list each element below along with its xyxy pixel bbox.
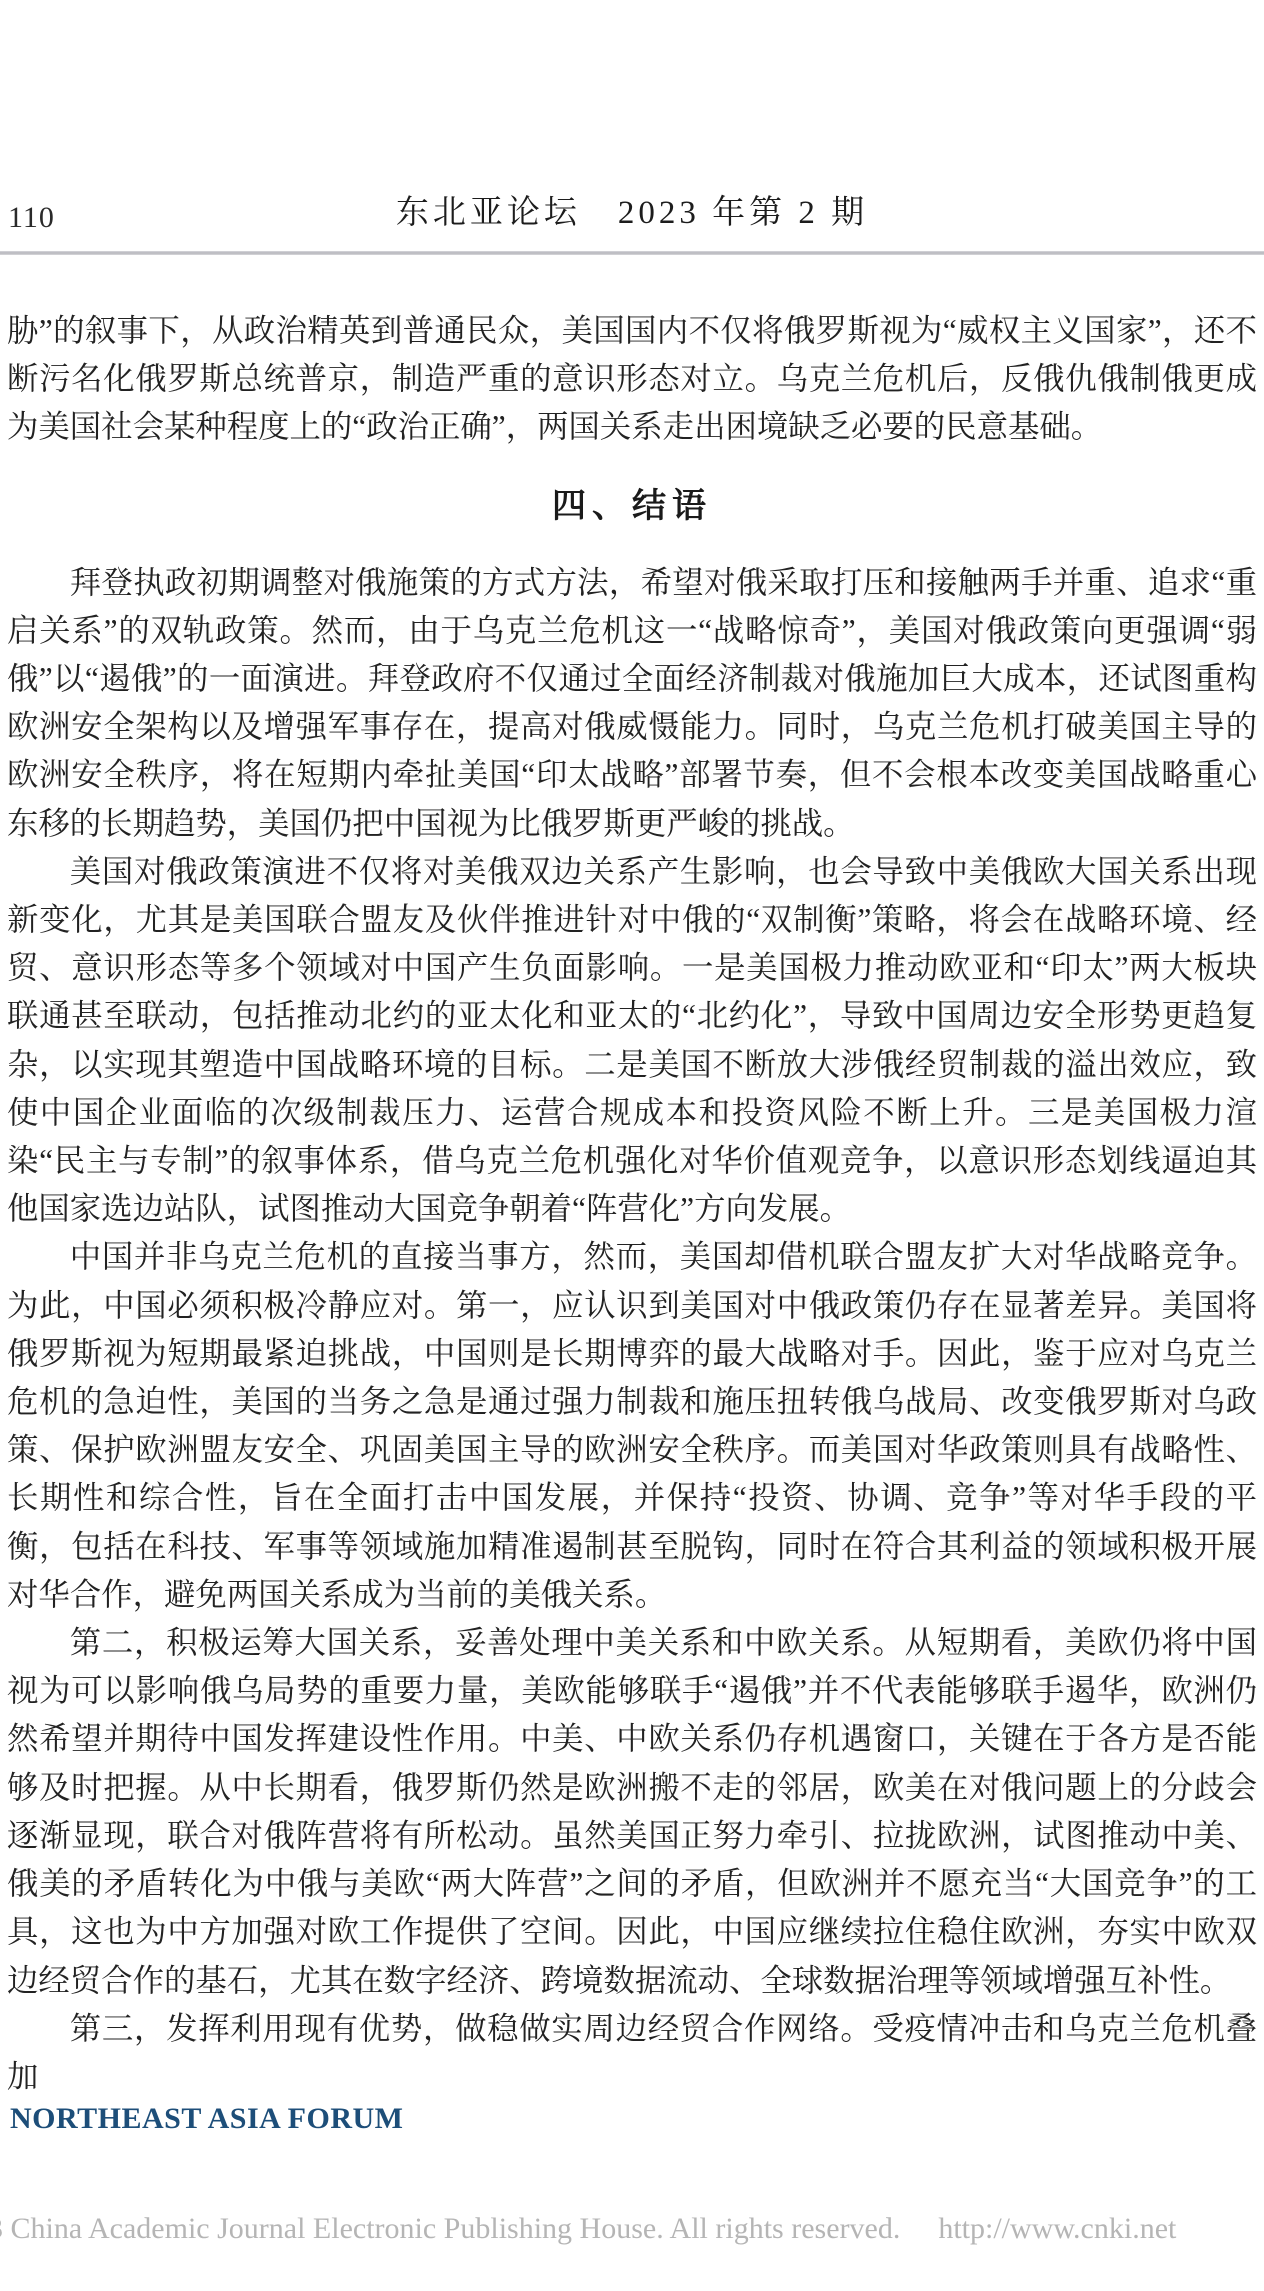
- body-paragraph: 第二，积极运筹大国关系，妥善处理中美关系和中欧关系。从短期看，美欧仍将中国视为可…: [7, 1619, 1257, 2005]
- watermark-url: http://www.cnki.net: [938, 2212, 1176, 2245]
- watermark-text: 3 China Academic Journal Electronic Publ…: [0, 2212, 900, 2245]
- header-divider-rule: [0, 251, 1264, 255]
- continuation-paragraph: 胁”的叙事下，从政治精英到普通民众，美国国内不仅将俄罗斯视为“威权主义国家”，还…: [7, 307, 1257, 452]
- body-paragraph: 拜登执政初期调整对俄施策的方式方法，希望对俄采取打压和接触两手并重、追求“重启关…: [7, 559, 1257, 848]
- cnki-watermark: 3 China Academic Journal Electronic Publ…: [0, 2209, 1176, 2249]
- section-heading: 四、结语: [7, 482, 1257, 532]
- body-paragraph: 中国并非乌克兰危机的直接当事方，然而，美国却借机联合盟友扩大对华战略竞争。为此，…: [7, 1233, 1257, 1619]
- article-body: 胁”的叙事下，从政治精英到普通民众，美国国内不仅将俄罗斯视为“威权主义国家”，还…: [7, 307, 1257, 2101]
- body-paragraph: 第三，发挥利用现有优势，做稳做实周边经贸合作网络。受疫情冲击和乌克兰危机叠加: [7, 2005, 1257, 2101]
- body-paragraph: 美国对俄政策演进不仅将对美俄双边关系产生影响，也会导致中美俄欧大国关系出现新变化…: [7, 848, 1257, 1234]
- journal-page: 110 东北亚论坛 2023 年第 2 期 胁”的叙事下，从政治精英到普通民众，…: [0, 0, 1264, 2291]
- journal-header-title: 东北亚论坛 2023 年第 2 期: [0, 193, 1264, 233]
- forum-footer-label: NORTHEAST ASIA FORUM: [10, 2101, 403, 2137]
